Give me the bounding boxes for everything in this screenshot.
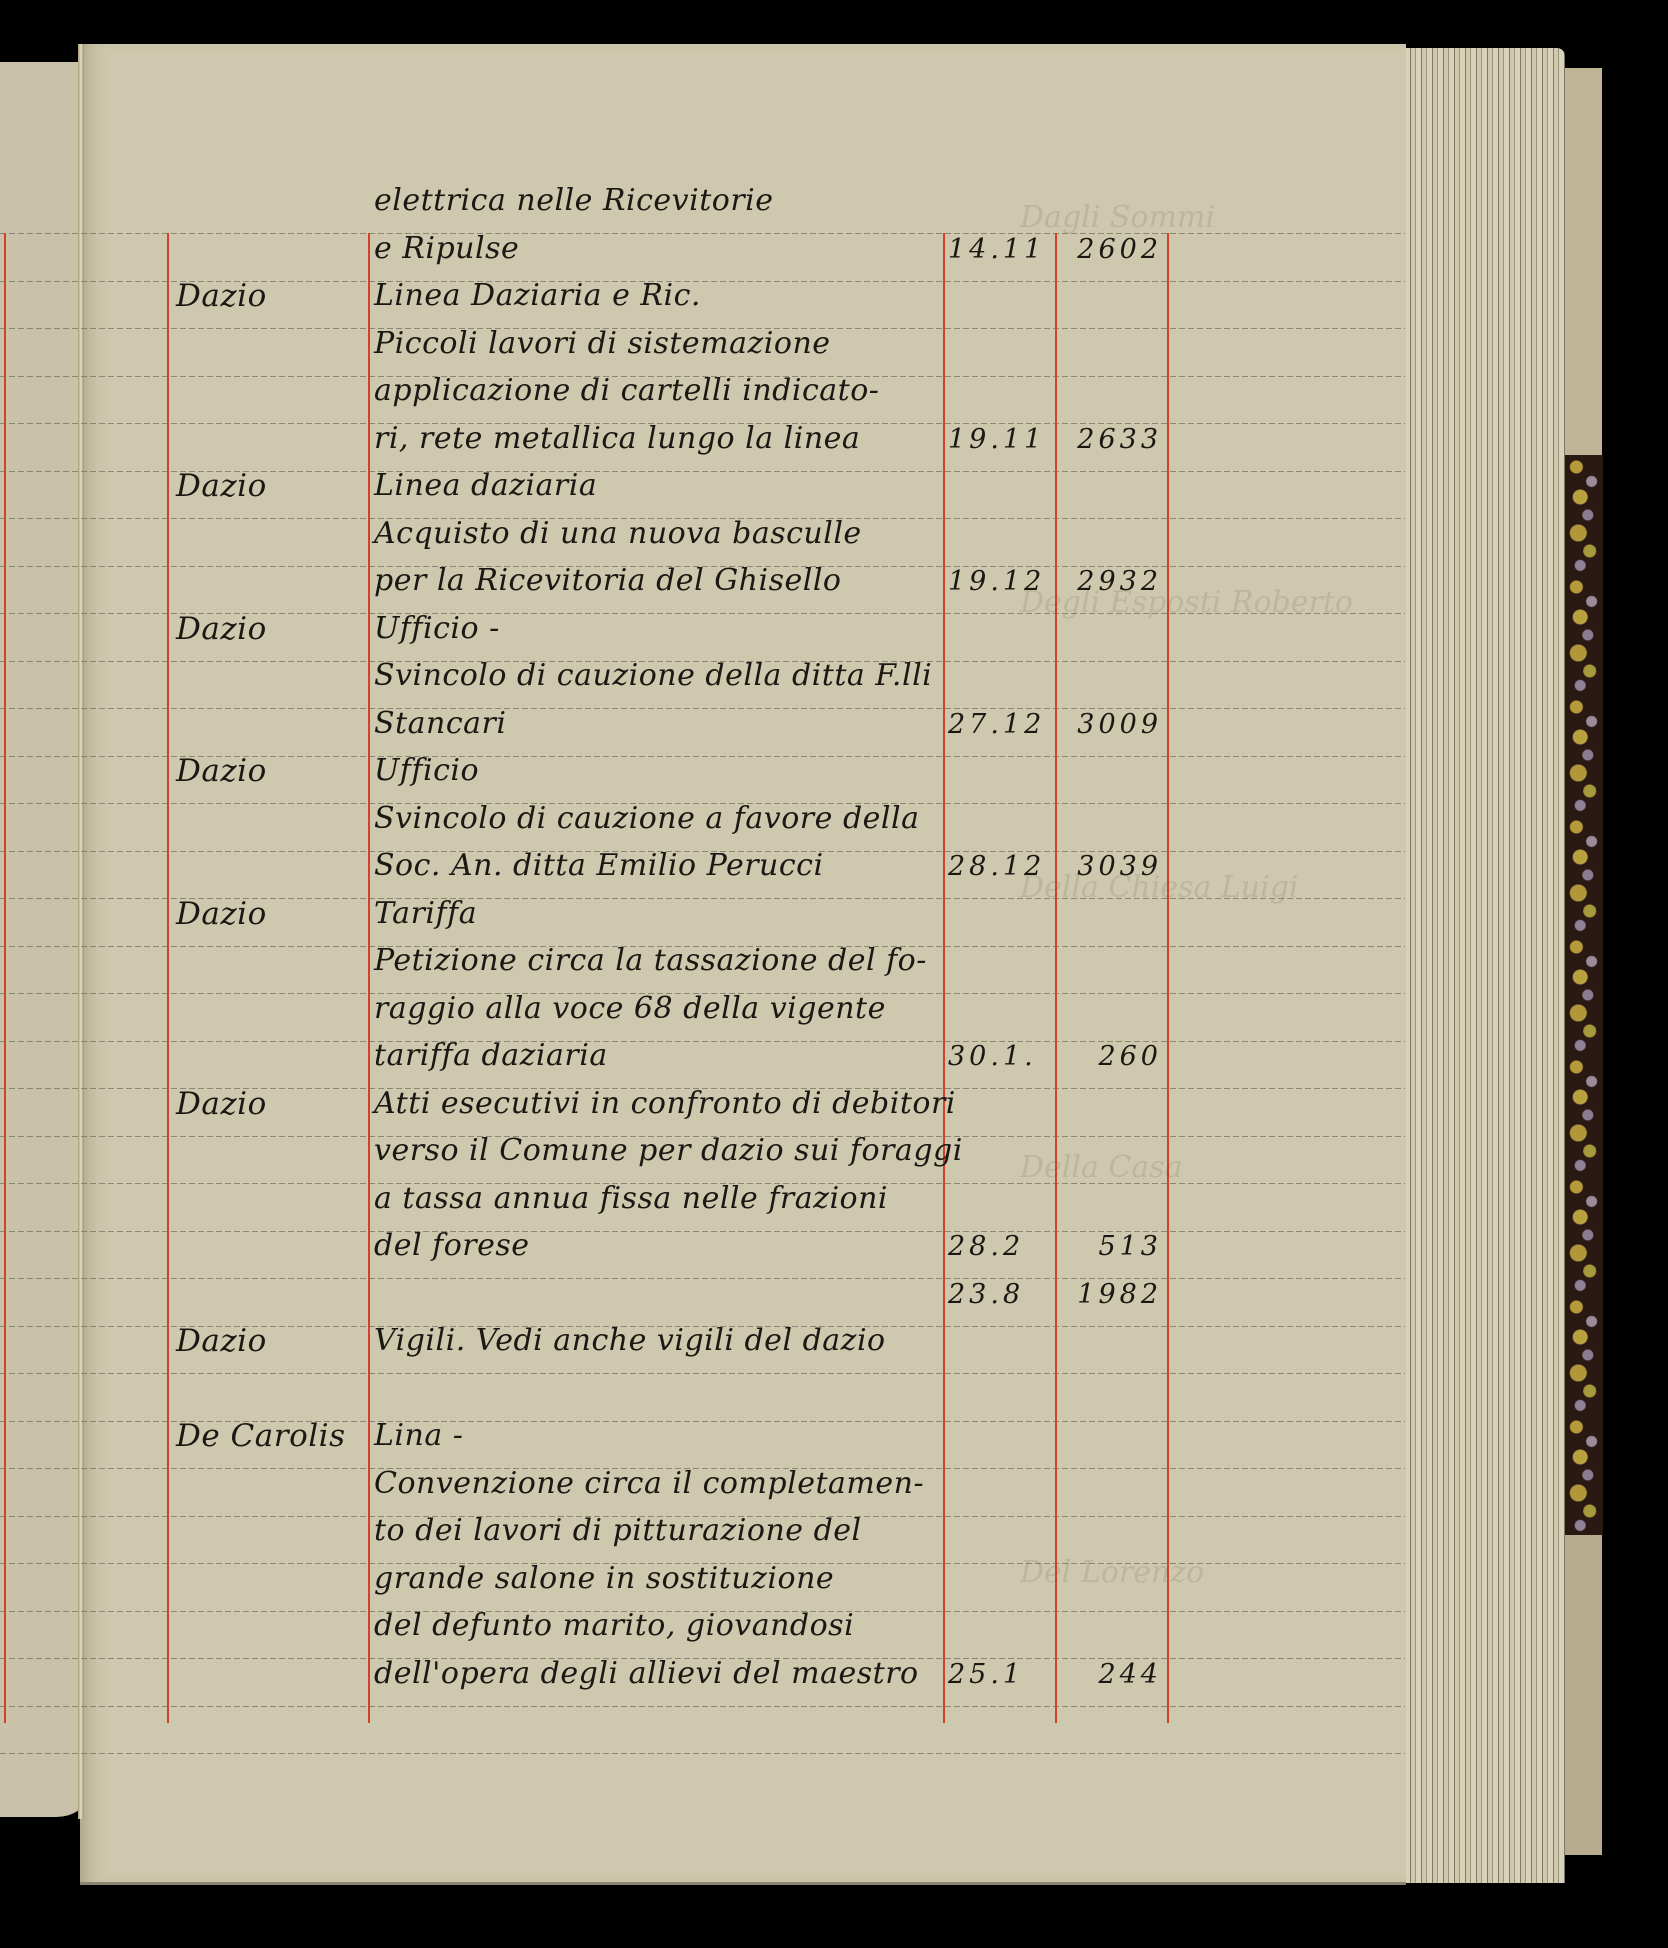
description-cell: del defunto marito, giovandosi [374, 1611, 854, 1641]
description-cell: Svincolo di cauzione a favore della [374, 804, 919, 834]
number-cell: 2932 [1077, 568, 1162, 595]
column-rule-description-left [368, 233, 370, 1723]
description-cell: Convenzione circa il completamen- [374, 1469, 924, 1499]
column-rule-date-left [943, 233, 945, 1723]
marbled-spine [1565, 455, 1603, 1535]
description-cell: grande salone in sostituzione [374, 1564, 834, 1594]
description-cell: Linea Daziaria e Ric. [374, 281, 701, 311]
subject-cell: Dazio [176, 281, 267, 312]
description-cell: Svincolo di cauzione della ditta F.lli [374, 661, 932, 691]
date-cell: 23.8 [948, 1281, 1024, 1308]
ruled-line [0, 1753, 1405, 1754]
description-cell: elettrica nelle Ricevitorie [374, 186, 774, 216]
number-cell: 2633 [1077, 426, 1162, 453]
number-cell: 244 [1098, 1661, 1162, 1688]
number-cell: 260 [1098, 1043, 1162, 1070]
description-cell: applicazione di cartelli indicato- [374, 376, 879, 406]
column-rule-subject-left [167, 233, 169, 1723]
description-cell: Acquisto di una nuova basculle [374, 519, 862, 549]
ruled-line [0, 1231, 1405, 1232]
description-cell: ri, rete metallica lungo la linea [374, 424, 860, 454]
number-cell: 3009 [1077, 711, 1162, 738]
ruled-line [0, 1278, 1405, 1279]
description-cell: Ufficio - [374, 614, 500, 644]
date-cell: 27.12 [948, 711, 1045, 738]
description-cell: a tassa annua fissa nelle frazioni [374, 1184, 888, 1214]
date-cell: 25.1 [948, 1661, 1024, 1688]
number-cell: 2602 [1077, 236, 1162, 263]
page-stack-edges [1405, 48, 1565, 1883]
left-page-margin-line [4, 233, 6, 1723]
number-cell: 1982 [1077, 1281, 1162, 1308]
description-cell: to dei lavori di pitturazione del [374, 1516, 862, 1546]
description-cell: Tariffa [374, 899, 477, 929]
column-rule-number-left [1055, 233, 1057, 1723]
ruled-line [0, 1373, 1405, 1374]
description-cell: Lina - [374, 1421, 463, 1451]
description-cell: Atti esecutivi in confronto di debitori [374, 1089, 956, 1119]
ruled-line [0, 1041, 1405, 1042]
book-gutter [78, 44, 84, 1819]
subject-cell: Dazio [176, 1089, 267, 1120]
subject-cell: Dazio [176, 756, 267, 787]
description-cell: raggio alla voce 68 della vigente [374, 994, 886, 1024]
description-cell: tariffa daziaria [374, 1041, 608, 1071]
date-cell: 28.2 [948, 1233, 1024, 1260]
description-cell: Vigili. Vedi anche vigili del dazio [374, 1326, 886, 1356]
date-cell: 19.12 [948, 568, 1045, 595]
description-cell: Petizione circa la tassazione del fo- [374, 946, 927, 976]
subject-cell: De Carolis [176, 1421, 345, 1452]
left-page-edge [0, 62, 86, 1817]
description-cell: Ufficio [374, 756, 479, 786]
description-cell: Linea daziaria [374, 471, 597, 501]
number-cell: 513 [1098, 1233, 1162, 1260]
description-cell: Soc. An. ditta Emilio Perucci [374, 851, 824, 881]
date-cell: 19.11 [948, 426, 1045, 453]
date-cell: 14.11 [948, 236, 1045, 263]
date-cell: 30.1. [948, 1043, 1037, 1070]
ruled-line [0, 708, 1405, 709]
subject-cell: Dazio [176, 614, 267, 645]
description-cell: del forese [374, 1231, 530, 1261]
subject-cell: Dazio [176, 471, 267, 502]
description-cell: dell'opera degli allievi del maestro [374, 1659, 919, 1689]
ruled-line [0, 1706, 1405, 1707]
column-rule-number-right [1167, 233, 1169, 1723]
description-cell: per la Ricevitoria del Ghisello [374, 566, 841, 596]
description-cell: Piccoli lavori di sistemazione [374, 329, 831, 359]
description-cell: e Ripulse [374, 234, 519, 264]
description-cell: Stancari [374, 709, 506, 739]
description-cell: verso il Comune per dazio sui foraggi [374, 1136, 963, 1166]
subject-cell: Dazio [176, 899, 267, 930]
number-cell: 3039 [1077, 853, 1162, 880]
date-cell: 28.12 [948, 853, 1045, 880]
subject-cell: Dazio [176, 1326, 267, 1357]
